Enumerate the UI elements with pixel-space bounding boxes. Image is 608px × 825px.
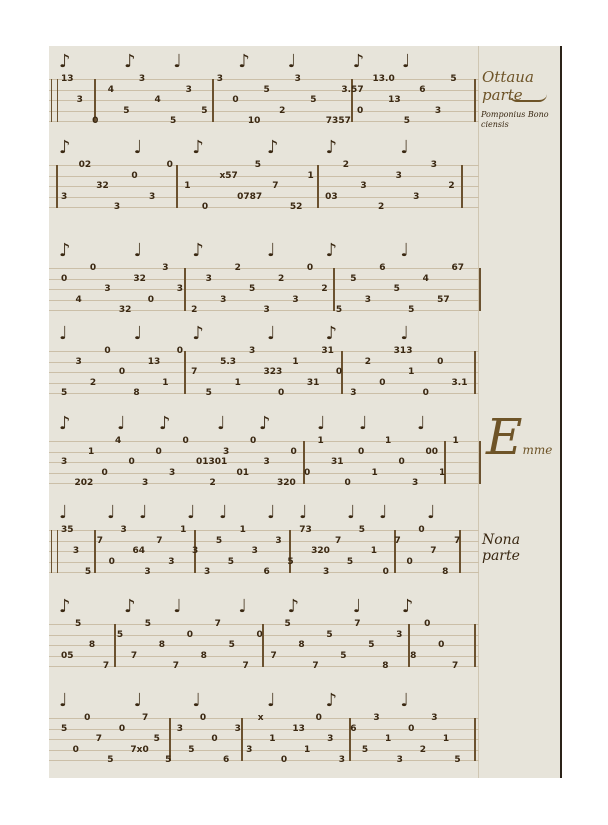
rhythm-flag-icon: ♩ — [353, 598, 362, 616]
rhythm-flag-icon: ♩ — [59, 692, 68, 710]
tab-staff-3: ♪♩♪♩♪♩04033232033233253230255365545767 — [49, 268, 479, 314]
rhythm-flag-icon: ♩ — [59, 504, 68, 522]
tab-fret-number: 7 — [312, 662, 318, 671]
rhythm-flag-icon: ♪ — [259, 415, 271, 433]
tab-fret-number: 3 — [412, 479, 418, 488]
tab-fret-number: x57 — [219, 172, 237, 181]
tab-fret-number: 13.0 — [373, 75, 395, 84]
tab-fret-number: 5 — [206, 389, 212, 398]
tab-fret-number: 6 — [379, 264, 385, 273]
tab-fret-number: 0 — [424, 620, 430, 629]
tab-fret-number: 7 — [103, 662, 109, 671]
rhythm-flag-icon: ♪ — [124, 598, 136, 616]
tab-fret-number: 3 — [169, 469, 175, 478]
rhythm-flag-icon: ♩ — [117, 415, 126, 433]
tab-fret-number: 0 — [129, 458, 135, 467]
tab-fret-number: 1 — [439, 469, 445, 478]
tab-fret-number: 1 — [385, 437, 391, 446]
tab-fret-number: 1 — [292, 358, 298, 367]
tab-fret-number: 1 — [269, 735, 275, 744]
staff-line — [49, 186, 479, 187]
rhythm-flag-icon: ♪ — [267, 139, 279, 157]
staff-line — [49, 362, 479, 363]
rhythm-flag-icon: ♩ — [238, 598, 247, 616]
manuscript-page: ♪♪♩♪♩♪♩133045345353010523573573.57013.01… — [49, 46, 562, 778]
rhythm-flag-icon: ♩ — [427, 504, 436, 522]
tab-fret-number: 32 — [96, 182, 109, 191]
staff-line — [49, 729, 479, 730]
tab-fret-number: 0 — [202, 203, 208, 212]
tab-fret-number: 7 — [173, 662, 179, 671]
rhythm-flag-icon: ♩ — [219, 504, 228, 522]
tab-fret-number: 00 — [426, 448, 439, 457]
tab-fret-number: 5 — [310, 96, 316, 105]
tab-fret-number: 35 — [61, 526, 74, 535]
barline — [317, 165, 319, 208]
barline — [479, 441, 481, 484]
rhythm-flag-icon: ♩ — [267, 692, 276, 710]
tab-fret-number: 7 — [191, 368, 197, 377]
tab-fret-number: 3 — [223, 448, 229, 457]
staff-line — [49, 279, 479, 280]
tab-fret-number: 3 — [177, 725, 183, 734]
tab-fret-number: 3 — [220, 296, 226, 305]
rhythm-flag-icon: ♪ — [192, 242, 204, 260]
rhythm-flag-icon: ♩ — [134, 139, 143, 157]
tab-fret-number: 5 — [284, 620, 290, 629]
tab-fret-number: 0 — [232, 96, 238, 105]
rhythm-flag-icon: ♩ — [379, 504, 388, 522]
repeat-barline — [51, 79, 58, 122]
tab-fret-number: 3.1 — [452, 379, 468, 388]
tab-fret-number: 0 — [358, 448, 364, 457]
tab-staff-6: ♩♩♩♩♩♩♩♩♩♩353570364373133551363573320375… — [49, 530, 479, 576]
tab-fret-number: 7357 — [326, 117, 351, 126]
tab-fret-number: 0 — [156, 448, 162, 457]
tab-fret-number: 10 — [248, 117, 261, 126]
rhythm-flag-icon: ♩ — [217, 415, 226, 433]
tab-fret-number: 3 — [431, 161, 437, 170]
tab-fret-number: 5 — [229, 641, 235, 650]
tab-fret-number: 3 — [61, 193, 67, 202]
rhythm-flag-icon: ♩ — [400, 325, 409, 343]
staff-line — [49, 473, 479, 474]
tab-fret-number: 0 — [211, 735, 217, 744]
title-underline — [509, 90, 547, 102]
tab-fret-number: 7 — [430, 547, 436, 556]
tab-fret-number: 2 — [90, 379, 96, 388]
tab-fret-number: 5 — [336, 306, 342, 315]
tab-fret-number: 32 — [119, 306, 132, 315]
flourish-letter: E — [486, 408, 523, 466]
tab-fret-number: 3 — [168, 558, 174, 567]
tab-fret-number: 3 — [327, 735, 333, 744]
tab-fret-number: 2 — [278, 275, 284, 284]
tab-fret-number: 3 — [246, 746, 252, 755]
tab-fret-number: 8 — [382, 662, 388, 671]
barline — [289, 530, 291, 573]
author-line-2: ciensis — [481, 120, 549, 130]
tab-fret-number: 3 — [264, 458, 270, 467]
tab-fret-number: 4 — [75, 296, 81, 305]
tab-fret-number: 73 — [299, 526, 312, 535]
tab-fret-number: 3 — [186, 86, 192, 95]
tab-fret-number: 0 — [423, 389, 429, 398]
tab-fret-number: 5 — [255, 161, 261, 170]
rhythm-flag-icon: ♪ — [326, 692, 338, 710]
tab-fret-number: 7 — [131, 652, 137, 661]
rhythm-flag-icon: ♪ — [326, 242, 338, 260]
tab-fret-number: 0 — [167, 161, 173, 170]
tab-fret-number: 7 — [97, 537, 103, 546]
tab-fret-number: 0 — [250, 437, 256, 446]
tab-fret-number: 5 — [368, 641, 374, 650]
tab-fret-number: 3 — [206, 275, 212, 284]
rhythm-flag-icon: ♩ — [288, 53, 297, 71]
tab-fret-number: 52 — [290, 203, 303, 212]
tab-fret-number: 7 — [335, 537, 341, 546]
tab-fret-number: 3 — [121, 526, 127, 535]
tab-fret-number: 5 — [394, 285, 400, 294]
tab-fret-number: 3 — [177, 285, 183, 294]
rhythm-flag-icon: ♪ — [192, 139, 204, 157]
tab-fret-number: 0 — [307, 264, 313, 273]
tab-fret-number: 0 — [187, 631, 193, 640]
tab-fret-number: 0 — [131, 172, 137, 181]
tab-fret-number: 3 — [339, 756, 345, 765]
staff-line — [49, 176, 479, 177]
tab-fret-number: 1 — [372, 469, 378, 478]
tab-fret-number: 4 — [108, 86, 114, 95]
tab-fret-number: 8 — [442, 568, 448, 577]
section-title-nona: Nona parte — [482, 532, 562, 564]
tab-fret-number: 5 — [249, 285, 255, 294]
tab-fret-number: 0 — [304, 469, 310, 478]
tab-fret-number: 1 — [180, 526, 186, 535]
tab-fret-number: 3 — [162, 264, 168, 273]
barline — [56, 165, 58, 208]
tab-fret-number: 3 — [249, 347, 255, 356]
tab-fret-number: 0 — [399, 458, 405, 467]
tab-fret-number: 323 — [264, 368, 283, 377]
tab-fret-number: 67 — [452, 264, 465, 273]
rhythm-flag-icon: ♪ — [238, 53, 250, 71]
tab-fret-number: 7 — [215, 620, 221, 629]
tab-fret-number: 1 — [443, 735, 449, 744]
tab-fret-number: 7 — [96, 735, 102, 744]
tab-fret-number: 0 — [119, 725, 125, 734]
rhythm-flag-icon: ♪ — [192, 325, 204, 343]
rhythm-flag-icon: ♩ — [267, 504, 276, 522]
tab-fret-number: 32 — [133, 275, 146, 284]
tab-fret-number: 5 — [326, 631, 332, 640]
tab-fret-number: 5 — [359, 526, 365, 535]
tab-fret-number: 3 — [144, 568, 150, 577]
tab-fret-number: 2 — [365, 358, 371, 367]
barline — [184, 268, 186, 311]
tab-fret-number: 0 — [438, 641, 444, 650]
rhythm-flag-icon: ♩ — [347, 504, 356, 522]
tab-fret-number: 0 — [104, 347, 110, 356]
tab-fret-number: 7 — [272, 182, 278, 191]
barline — [444, 441, 446, 484]
tab-fret-number: 4 — [115, 437, 121, 446]
tab-staff-1: ♪♪♩♪♩♪♩133045345353010523573573.57013.01… — [49, 79, 479, 125]
rhythm-flag-icon: ♩ — [359, 415, 368, 433]
barline — [408, 624, 410, 667]
tab-fret-number: 0 — [90, 264, 96, 273]
tab-fret-number: 0 — [281, 756, 287, 765]
tab-fret-number: 13 — [388, 96, 401, 105]
tab-staff-7: ♪♪♩♩♪♩♪055875758708757075875575838007 — [49, 624, 479, 670]
tab-fret-number: 8 — [410, 652, 416, 661]
tab-fret-number: 5 — [61, 725, 67, 734]
tab-fret-number: 5 — [85, 568, 91, 577]
tab-fret-number: 5 — [165, 756, 171, 765]
tab-fret-number: 13 — [148, 358, 161, 367]
barline — [176, 165, 178, 208]
rhythm-flag-icon: ♩ — [267, 242, 276, 260]
tab-fret-number: 5 — [450, 75, 456, 84]
rhythm-flag-icon: ♩ — [267, 325, 276, 343]
tab-fret-number: 3 — [396, 631, 402, 640]
tab-fret-number: 2 — [448, 182, 454, 191]
rhythm-flag-icon: ♩ — [402, 53, 411, 71]
barline — [474, 718, 476, 761]
tab-fret-number: 5 — [454, 756, 460, 765]
tab-fret-number: 0 — [408, 725, 414, 734]
tab-fret-number: 3 — [104, 285, 110, 294]
rhythm-flag-icon: ♪ — [124, 53, 136, 71]
barline — [474, 351, 476, 394]
tab-fret-number: 0 — [148, 296, 154, 305]
tab-fret-number: 0 — [183, 437, 189, 446]
staff-line — [49, 383, 479, 384]
tab-fret-number: 5 — [350, 275, 356, 284]
tab-fret-number: 0 — [316, 714, 322, 723]
barline — [94, 530, 96, 573]
tab-fret-number: 0 — [379, 379, 385, 388]
tab-fret-number: 8 — [201, 652, 207, 661]
rhythm-flag-icon: ♪ — [402, 598, 414, 616]
tab-fret-number: 1 — [184, 182, 190, 191]
rhythm-flag-icon: ♩ — [173, 53, 182, 71]
tab-fret-number: 3 — [397, 756, 403, 765]
tab-fret-number: 0 — [345, 479, 351, 488]
rhythm-flag-icon: ♩ — [187, 504, 196, 522]
rhythm-flag-icon: ♪ — [326, 325, 338, 343]
tab-fret-number: 8 — [133, 389, 139, 398]
staff-line — [49, 750, 479, 751]
tab-fret-number: 1 — [88, 448, 94, 457]
tab-fret-number: 1 — [240, 526, 246, 535]
tab-fret-number: 3 — [73, 547, 79, 556]
staff-line — [49, 79, 479, 80]
tab-fret-number: 320 — [311, 547, 330, 556]
barline — [184, 351, 186, 394]
tab-fret-number: 5 — [408, 306, 414, 315]
tab-fret-number: 4 — [423, 275, 429, 284]
barline — [461, 165, 463, 208]
tab-fret-number: 1 — [371, 547, 377, 556]
tab-fret-number: 0 — [102, 469, 108, 478]
tab-fret-number: 3 — [292, 296, 298, 305]
tab-fret-number: 13 — [61, 75, 74, 84]
rhythm-flag-icon: ♩ — [400, 242, 409, 260]
tab-fret-number: 7x0 — [130, 746, 148, 755]
tab-fret-number: 3 — [61, 458, 67, 467]
tab-fret-number: 0 — [278, 389, 284, 398]
tab-fret-number: 5.3 — [220, 358, 236, 367]
tab-fret-number: 3 — [435, 107, 441, 116]
staff-line — [49, 393, 479, 394]
tab-fret-number: 7 — [270, 652, 276, 661]
tab-fret-number: 05 — [61, 652, 74, 661]
rhythm-flag-icon: ♩ — [317, 415, 326, 433]
tab-fret-number: 03 — [325, 193, 338, 202]
tab-fret-number: 31 — [321, 347, 334, 356]
rhythm-flag-icon: ♩ — [173, 598, 182, 616]
author-attribution: Pomponius Bono ciensis — [481, 110, 549, 130]
staff-line — [49, 351, 479, 352]
staff-line — [49, 441, 479, 442]
tab-fret-number: 0 — [291, 448, 297, 457]
tab-fret-number: x — [258, 714, 264, 723]
rhythm-flag-icon: ♩ — [134, 325, 143, 343]
tab-fret-number: 5 — [107, 756, 113, 765]
tab-fret-number: 3 — [413, 193, 419, 202]
rhythm-flag-icon: ♩ — [139, 504, 148, 522]
tab-fret-number: 3 — [252, 547, 258, 556]
rhythm-flag-icon: ♪ — [288, 598, 300, 616]
tab-fret-number: 3 — [235, 725, 241, 734]
rhythm-flag-icon: ♩ — [134, 692, 143, 710]
tab-fret-number: 7 — [395, 537, 401, 546]
tab-fret-number: 3.57 — [341, 86, 363, 95]
tab-fret-number: 5 — [117, 631, 123, 640]
tab-fret-number: 2 — [378, 203, 384, 212]
tab-fret-number: 320 — [277, 479, 296, 488]
tab-fret-number: 5 — [404, 117, 410, 126]
tab-fret-number: 8 — [298, 641, 304, 650]
tab-fret-number: 0 — [418, 526, 424, 535]
tab-fret-number: 13 — [292, 725, 305, 734]
tab-fret-number: 4 — [154, 96, 160, 105]
tab-fret-number: 3 — [396, 172, 402, 181]
tab-fret-number: 6 — [264, 568, 270, 577]
tab-fret-number: 2 — [279, 107, 285, 116]
tab-fret-number: 0 — [73, 746, 79, 755]
tab-fret-number: 5 — [201, 107, 207, 116]
tab-fret-number: 1 — [318, 437, 324, 446]
tab-fret-number: 8 — [89, 641, 95, 650]
tab-fret-number: 0 — [61, 275, 67, 284]
tab-fret-number: 5 — [347, 558, 353, 567]
tab-staff-4: ♩♩♪♩♪♩5320081310755.31332301313103203131… — [49, 351, 479, 397]
tab-fret-number: 5 — [228, 558, 234, 567]
tab-fret-number: 313 — [394, 347, 413, 356]
rhythm-flag-icon: ♪ — [353, 53, 365, 71]
tab-fret-number: 8 — [159, 641, 165, 650]
rhythm-flag-icon: ♩ — [59, 325, 68, 343]
tab-fret-number: 5 — [75, 620, 81, 629]
staff-line — [49, 268, 479, 269]
staff-line — [49, 551, 479, 552]
rhythm-flag-icon: ♩ — [400, 139, 409, 157]
barline — [114, 624, 116, 667]
staff-line — [49, 718, 479, 719]
tab-fret-number: 7 — [142, 714, 148, 723]
tab-fret-number: 0 — [84, 714, 90, 723]
tab-fret-number: 5 — [264, 86, 270, 95]
tab-fret-number: 3 — [431, 714, 437, 723]
rhythm-flag-icon: ♪ — [326, 139, 338, 157]
staff-line — [49, 530, 479, 531]
rhythm-flag-icon: ♪ — [159, 415, 171, 433]
tab-fret-number: 1 — [162, 379, 168, 388]
staff-line — [49, 541, 479, 542]
barline — [474, 624, 476, 667]
tab-staff-8: ♩♩♩♩♪♩5007507x07553500633x10131033653130… — [49, 718, 479, 764]
tab-fret-number: 3 — [142, 479, 148, 488]
tab-fret-number: 31 — [307, 379, 320, 388]
tab-fret-number: 5 — [188, 746, 194, 755]
tab-staff-5: ♪♩♪♩♪♩♩♩32021040303001301230103320001310… — [49, 441, 479, 487]
rhythm-flag-icon: ♪ — [59, 415, 71, 433]
tab-fret-number: 0 — [109, 558, 115, 567]
tab-fret-number: 1 — [453, 437, 459, 446]
tab-fret-number: 0 — [177, 347, 183, 356]
rhythm-flag-icon: ♪ — [59, 242, 71, 260]
tab-fret-number: 31 — [331, 458, 344, 467]
staff-line — [49, 100, 479, 101]
tab-fret-number: 0 — [357, 107, 363, 116]
barline — [333, 268, 335, 311]
tab-fret-number: 3 — [295, 75, 301, 84]
tab-fret-number: 7 — [454, 537, 460, 546]
tab-fret-number: 1 — [408, 368, 414, 377]
tab-fret-number: 0 — [383, 568, 389, 577]
repeat-barline — [51, 530, 58, 573]
tab-fret-number: 1 — [385, 735, 391, 744]
tab-fret-number: 2 — [235, 264, 241, 273]
rhythm-flag-icon: ♪ — [59, 139, 71, 157]
tab-fret-number: 0 — [437, 358, 443, 367]
tab-fret-number: 3 — [139, 75, 145, 84]
staff-line — [49, 300, 479, 301]
tab-fret-number: 7 — [156, 537, 162, 546]
barline — [303, 441, 305, 484]
rhythm-flag-icon: ♩ — [400, 692, 409, 710]
tab-fret-number: 6 — [223, 756, 229, 765]
tab-fret-number: 3 — [192, 547, 198, 556]
tab-fret-number: 7 — [452, 662, 458, 671]
tab-fret-number: 0 — [336, 368, 342, 377]
staff-line — [49, 165, 479, 166]
staff-line — [49, 452, 479, 453]
tab-fret-number: 2 — [210, 479, 216, 488]
tab-fret-number: 0 — [257, 631, 263, 640]
tab-fret-number: 6 — [350, 725, 356, 734]
tab-fret-number: 7 — [354, 620, 360, 629]
tab-fret-number: 2 — [420, 746, 426, 755]
staff-line — [49, 739, 479, 740]
tab-fret-number: 5 — [145, 620, 151, 629]
tab-fret-number: 3 — [217, 75, 223, 84]
tab-fret-number: 01301 — [196, 458, 227, 467]
tab-fret-number: 3 — [350, 389, 356, 398]
tab-fret-number: 1 — [235, 379, 241, 388]
